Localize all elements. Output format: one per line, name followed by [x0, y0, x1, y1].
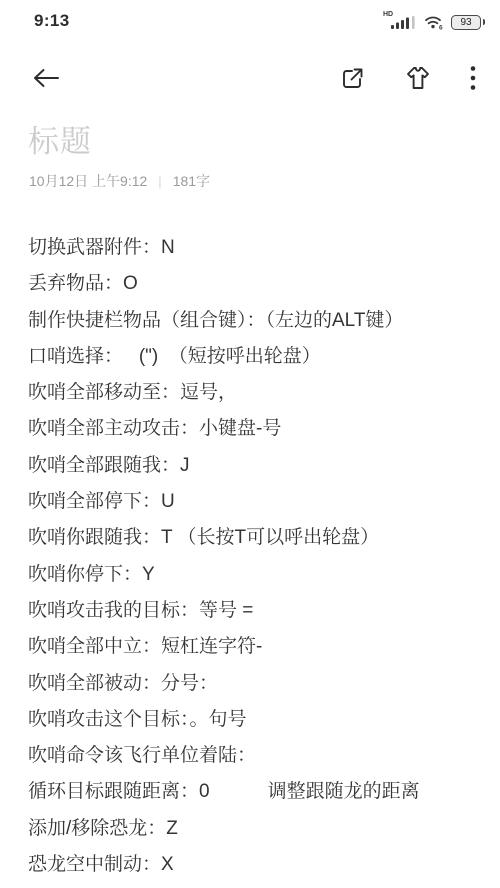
note-line[interactable]: 吹哨你停下：Y [28, 557, 484, 593]
note-line[interactable]: 切换武器附件：N [28, 230, 484, 266]
share-export-icon [339, 65, 366, 92]
back-button[interactable] [30, 65, 62, 91]
signal-bars-icon [391, 16, 417, 29]
share-button[interactable] [339, 65, 366, 92]
nav-bar [0, 50, 500, 106]
theme-button[interactable] [404, 65, 432, 91]
note-line[interactable]: 吹哨攻击我的目标：等号 = [28, 593, 484, 629]
note-title-input[interactable]: 标题 [28, 116, 92, 161]
note-line[interactable]: 添加/移除恐龙：Z [28, 811, 484, 847]
note-meta: 10月12日 上午9:12 | 181字 [29, 171, 210, 191]
note-line[interactable]: 口哨选择： (") （短按呼出轮盘） [28, 339, 484, 375]
note-line[interactable]: 吹哨攻击这个目标：。句号 [28, 702, 484, 738]
tshirt-icon [404, 65, 432, 91]
note-line[interactable]: 吹哨你跟随我：T （长按T可以呼出轮盘） [28, 520, 484, 556]
cellular-signal-icon: HD [383, 13, 417, 30]
word-count-label: 181字 [173, 171, 210, 191]
note-line[interactable]: 吹哨全部停下：U [28, 484, 484, 520]
meta-separator: | [158, 174, 161, 189]
note-date-label: 10月12日 上午9:12 [29, 171, 147, 191]
note-line[interactable]: 吹哨全部主动攻击：小键盘-号 [28, 411, 484, 447]
wifi-icon: 6 [424, 14, 444, 30]
note-line[interactable]: 吹哨全部移动至：逗号， [28, 375, 484, 411]
note-line[interactable]: 吹哨命令该飞行单位着陆： [28, 738, 484, 774]
menu-button[interactable] [470, 65, 476, 91]
note-line[interactable]: 循环目标跟随距离：0 调整跟随龙的距离 [28, 774, 484, 810]
kebab-menu-icon [470, 65, 476, 91]
status-icons: HD 6 93 [383, 13, 485, 30]
battery-percent-label: 93 [460, 17, 471, 28]
battery-icon: 93 [451, 15, 485, 30]
note-line[interactable]: 吹哨全部中立：短杠连字符- [28, 629, 484, 665]
status-bar: 9:13 HD 6 93 [0, 0, 500, 40]
back-arrow-icon [30, 65, 62, 91]
clock-label: 9:13 [34, 11, 70, 31]
note-line[interactable]: 恐龙空中制动：X [28, 847, 484, 883]
note-line[interactable]: 吹哨全部跟随我：J [28, 448, 484, 484]
note-line[interactable]: 丢弃物品：O [28, 266, 484, 302]
note-body[interactable]: 切换武器附件：N丢弃物品：O制作快捷栏物品（组合键）：（左边的ALT键）口哨选择… [28, 230, 484, 883]
note-line[interactable]: 制作快捷栏物品（组合键）：（左边的ALT键） [28, 303, 484, 339]
note-line[interactable]: 吹哨全部被动：分号： [28, 666, 484, 702]
wifi-gen-label: 6 [439, 24, 443, 30]
